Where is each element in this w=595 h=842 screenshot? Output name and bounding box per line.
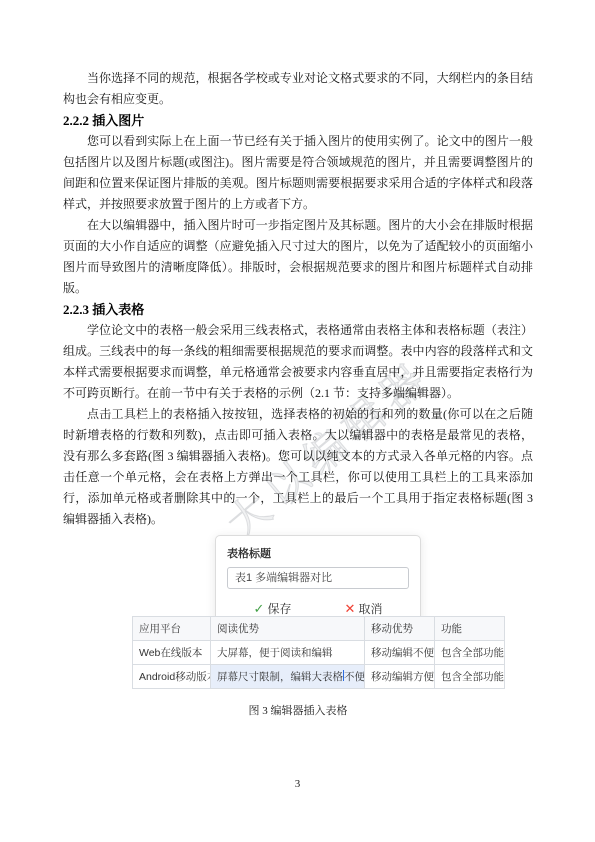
figure-table: 应用平台阅读优势移动优势功能 Web在线版本大屏幕，便于阅读和编辑移动编辑不便包… (132, 616, 505, 689)
page-number: 3 (0, 778, 595, 790)
section-heading-222: 2.2.2 插入图片 (63, 110, 533, 131)
table-cell: 包含全部功能 (435, 665, 505, 689)
body-paragraph: 点击工具栏上的表格插入按按钮，选择表格的初始的行和列的数量(你可以在之后随时新增… (63, 404, 533, 530)
cancel-button-label: 取消 (358, 600, 382, 617)
body-paragraph: 学位论文中的表格一般会采用三线表格式，表格通常由表格主体和表格标题（表注）组成。… (63, 320, 533, 404)
figure-caption: 图 3 编辑器插入表格 (63, 703, 533, 719)
cancel-button: ✕ 取消 (345, 600, 383, 617)
table-header-row: 应用平台阅读优势移动优势功能 (133, 617, 505, 641)
save-button: ✓ 保存 (254, 600, 292, 617)
caption-input: 表1 多端编辑器对比 (227, 567, 409, 589)
table-row: Android移动版本屏幕尺寸限制，编辑大表格不便移动编辑方便包含全部功能 (133, 665, 505, 689)
text-cursor (343, 670, 344, 681)
body-paragraph: 在大以编辑器中，插入图片时可一步指定图片及其标题。图片的大小会在排版时根据页面的… (63, 215, 533, 299)
table-header-cell: 阅读优势 (211, 617, 365, 641)
table-cell: Web在线版本 (133, 641, 211, 665)
table-cell: 屏幕尺寸限制，编辑大表格不便 (211, 665, 365, 689)
save-button-label: 保存 (267, 600, 291, 617)
body-paragraph: 您可以看到实际上在上面一节已经有关于插入图片的使用实例了。论文中的图片一般包括图… (63, 131, 533, 215)
page-content: 当你选择不同的规范，根据各学校或专业对论文格式要求的不同，大纲栏内的条目结构也会… (63, 68, 533, 719)
figure-image: 表格标题 表1 多端编辑器对比 ✓ 保存 ✕ 取消 应用平台阅读优势移动优势功能 (63, 535, 533, 703)
popup-buttons: ✓ 保存 ✕ 取消 (227, 600, 409, 617)
table-header-cell: 功能 (435, 617, 505, 641)
table-cell: 包含全部功能 (435, 641, 505, 665)
check-icon: ✓ (254, 602, 265, 615)
table-cell: Android移动版本 (133, 665, 211, 689)
document-page: 大以编辑器 当你选择不同的规范，根据各学校或专业对论文格式要求的不同，大纲栏内的… (0, 0, 595, 842)
table-cell: 移动编辑不便 (365, 641, 435, 665)
table-header-cell: 移动优势 (365, 617, 435, 641)
table-cell: 移动编辑方便 (365, 665, 435, 689)
close-icon: ✕ (345, 602, 356, 615)
table-header-cell: 应用平台 (133, 617, 211, 641)
popup-title-label: 表格标题 (227, 545, 409, 561)
figure-table-body: Web在线版本大屏幕，便于阅读和编辑移动编辑不便包含全部功能Android移动版… (133, 641, 505, 689)
section-heading-223: 2.2.3 插入表格 (63, 299, 533, 320)
body-paragraph: 当你选择不同的规范，根据各学校或专业对论文格式要求的不同，大纲栏内的条目结构也会… (63, 68, 533, 110)
table-cell: 大屏幕，便于阅读和编辑 (211, 641, 365, 665)
table-row: Web在线版本大屏幕，便于阅读和编辑移动编辑不便包含全部功能 (133, 641, 505, 665)
